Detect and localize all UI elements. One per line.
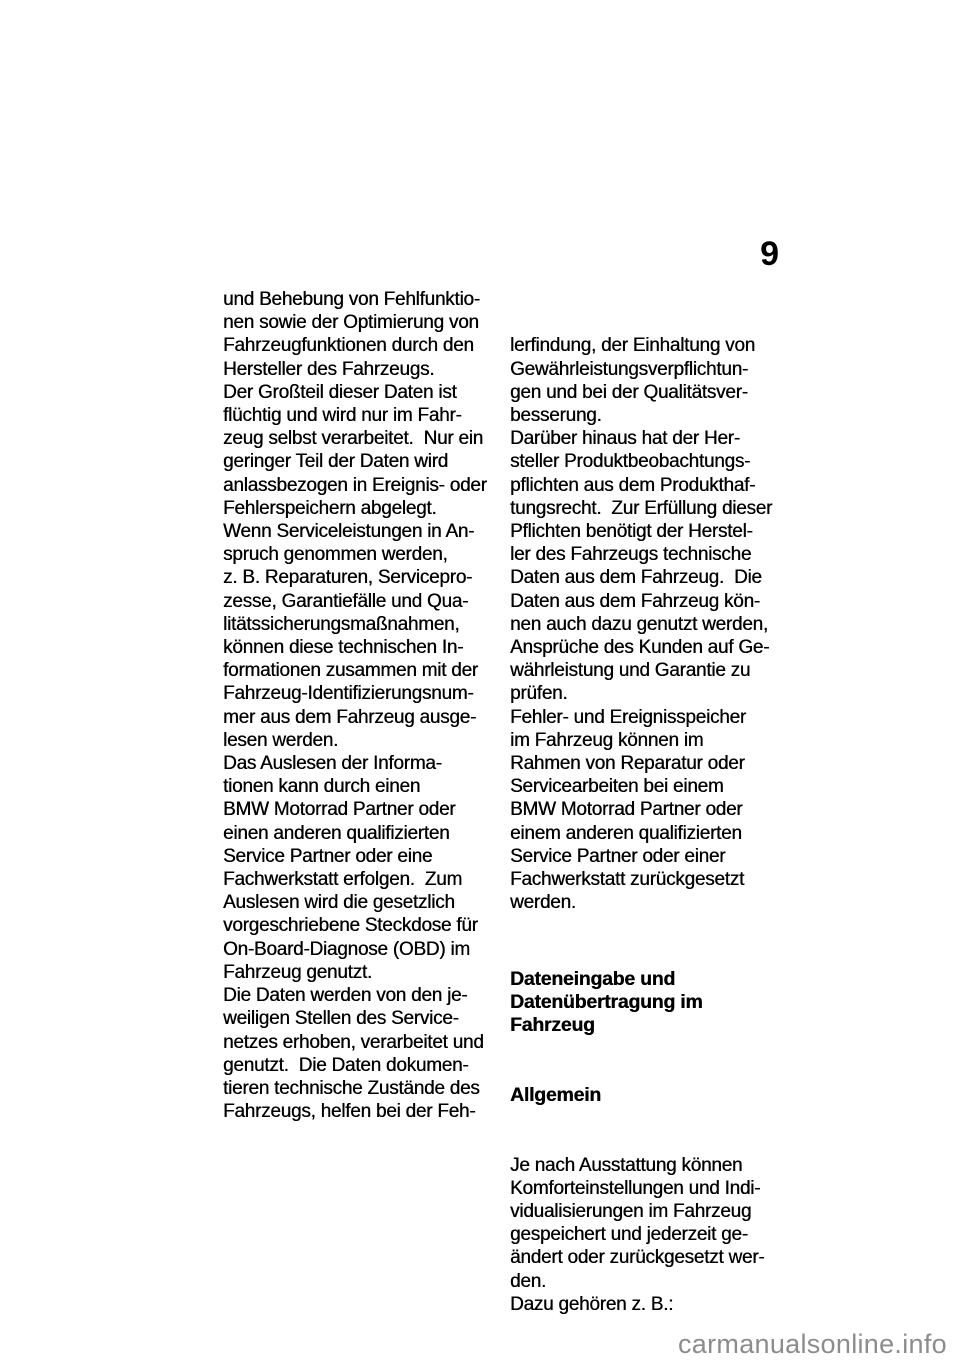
left-column-text: und Behebung von Fehlfunktio- nen sowie … <box>223 288 503 1123</box>
watermark-text: carmanualsonline.info <box>678 1329 947 1359</box>
page-number: 9 <box>700 236 778 272</box>
manual-page: 9 und Behebung von Fehlfunktio- nen sowi… <box>0 0 960 1362</box>
right-column-paragraph-1: lerfindung, der Einhaltung von Gewährlei… <box>510 334 790 914</box>
section-heading: Dateneingabe und Datenübertragung im Fah… <box>510 968 790 1038</box>
right-column-paragraph-2: Je nach Ausstattung können Komforteinste… <box>510 1154 790 1316</box>
right-column: lerfindung, der Einhaltung von Gewährlei… <box>510 288 790 1362</box>
section-subheading: Allgemein <box>510 1084 790 1107</box>
